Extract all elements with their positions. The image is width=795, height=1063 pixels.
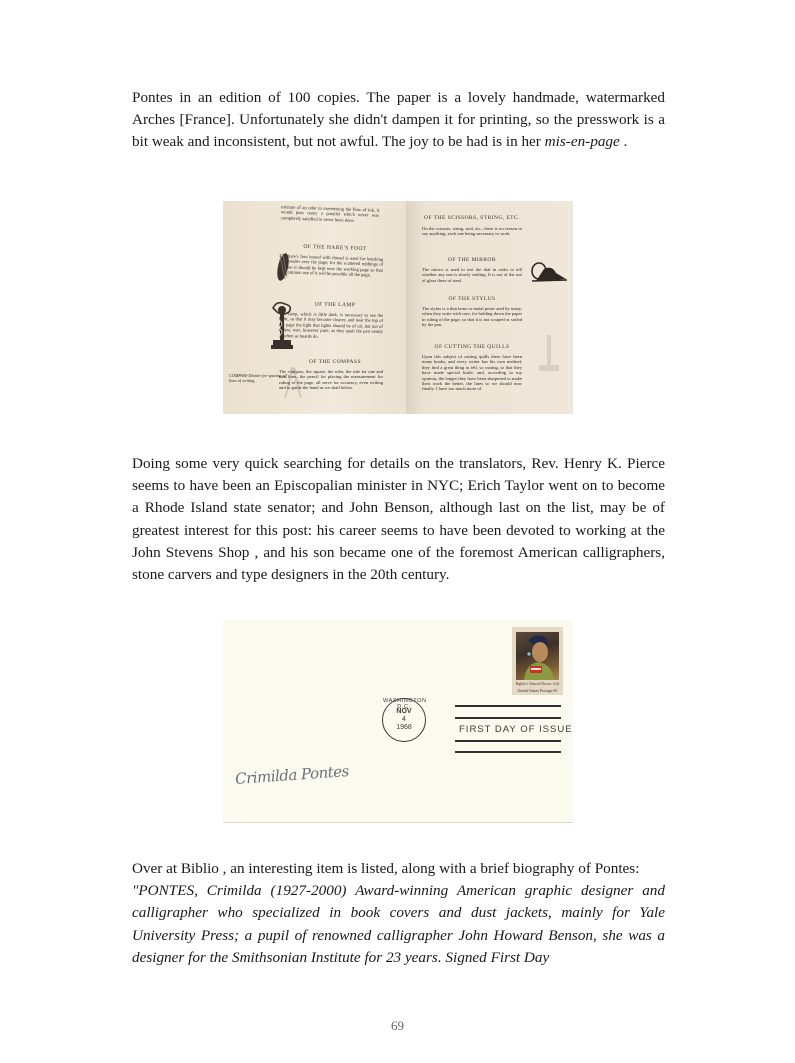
- book-heading: OF THE MIRROR: [418, 257, 526, 263]
- book-heading: OF THE SCISSORS, STRING, ETC.: [418, 215, 526, 221]
- stamp-caption: Buffalo's Natural Heroes Jolly: [514, 682, 561, 686]
- book-body-text: Upon this subject of cutting quills ther…: [422, 354, 522, 392]
- postmark: WASHINGTON D.C. NOV 4 1968: [382, 698, 426, 742]
- book-body-text: The stylus is a thin bone or metal point…: [422, 306, 522, 328]
- cancel-line: [455, 751, 561, 753]
- book-heading: OF THE LAMP: [285, 301, 385, 309]
- stamp-portrait: [516, 632, 559, 680]
- hares-foot-icon: [275, 251, 291, 283]
- biblio-intro: Over at Biblio , an interesting item is …: [132, 858, 665, 880]
- book-spread-photo: mixture of an odor to sweetening the flo…: [223, 201, 573, 414]
- book-heading: OF THE HARE'S FOOT: [285, 243, 385, 252]
- biblio-quote: "PONTES, Crimilda (1927-2000) Award-winn…: [132, 880, 665, 969]
- book-heading: OF THE STYLUS: [418, 296, 526, 302]
- book-body-text: The mirror is used to test the dial in o…: [422, 267, 522, 283]
- cancel-line: [455, 705, 561, 707]
- book-left-page: mixture of an odor to sweetening the flo…: [223, 201, 406, 414]
- stamp-value: United States Postage 6¢: [514, 688, 561, 693]
- cancel-line: [455, 717, 561, 719]
- book-intro-text: mixture of an odor to sweetening the flo…: [281, 204, 380, 224]
- book-heading: OF CUTTING THE QUILLS: [418, 344, 526, 350]
- paragraph-text-end: .: [620, 133, 628, 150]
- ghost-lamp-icon: [534, 331, 564, 375]
- page-number: 69: [0, 1018, 795, 1034]
- book-body-text: On the scissors, string, seal, etc., the…: [422, 226, 522, 237]
- paragraph-biblio: Over at Biblio , an interesting item is …: [132, 858, 665, 969]
- postmark-day: 4: [383, 716, 425, 723]
- postmark-year: 1968: [383, 724, 425, 731]
- lamp-icon: [267, 300, 297, 352]
- book-right-page: OF THE SCISSORS, STRING, ETC. On the sci…: [406, 201, 573, 414]
- first-day-cover-photo: Buffalo's Natural Heroes Jolly United St…: [223, 620, 573, 823]
- first-day-of-issue-cancel: FIRST DAY OF ISSUE: [459, 724, 573, 735]
- paragraph-translators: Doing some very quick searching for deta…: [132, 453, 665, 586]
- cancel-line: [455, 740, 561, 742]
- postmark-month: NOV: [383, 708, 425, 715]
- book-heading: OF THE COMPASS: [285, 359, 385, 365]
- signature: Crimilda Pontes: [235, 762, 350, 788]
- book-caption: COMPASS-Divider for spacing off lines of…: [229, 373, 287, 383]
- italic-term: mis-en-page: [545, 133, 620, 150]
- postage-stamp: Buffalo's Natural Heroes Jolly United St…: [512, 627, 563, 695]
- book-body-text: The hare's foot bound with thread is use…: [279, 253, 384, 278]
- portrait-icon: [516, 632, 559, 680]
- compass-icon: [281, 366, 305, 400]
- paragraph-edition: Pontes in an edition of 100 copies. The …: [132, 87, 665, 154]
- mirror-icon: [530, 261, 568, 283]
